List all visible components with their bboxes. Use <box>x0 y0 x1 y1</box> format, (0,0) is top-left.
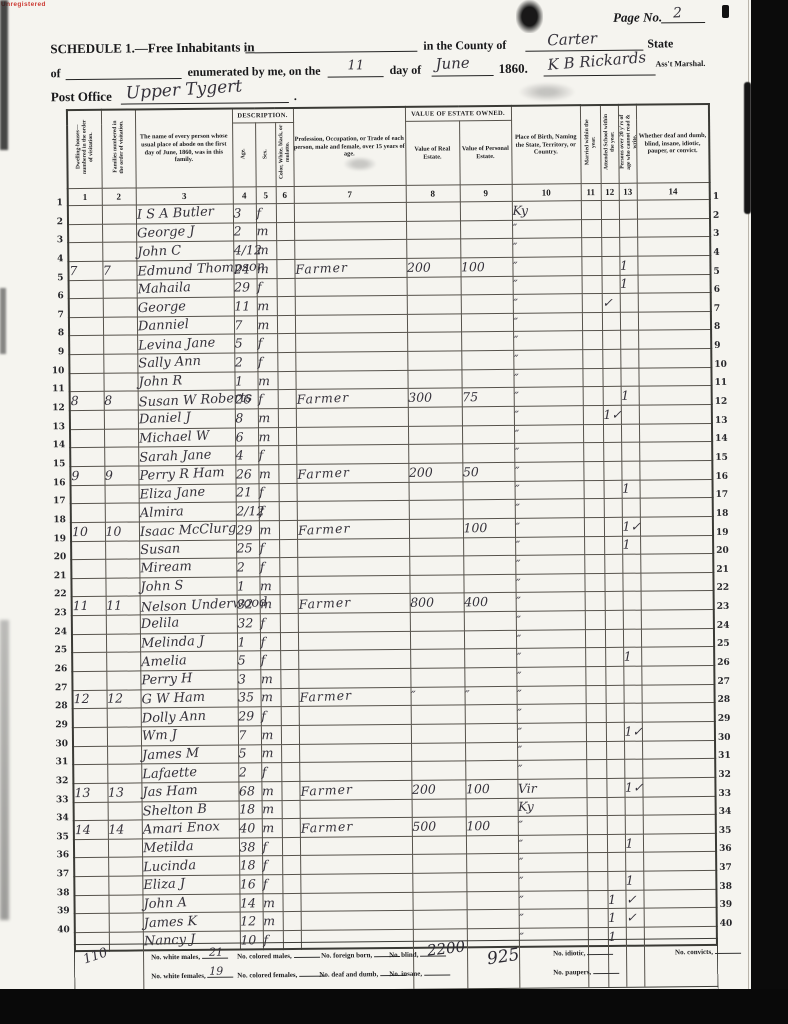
name: John A <box>142 894 239 914</box>
school-mark: 1✓ <box>603 405 621 424</box>
school-mark <box>603 461 621 480</box>
occupation: Farmer <box>296 463 408 483</box>
occupation <box>300 836 412 856</box>
real-estate-value: 200 <box>411 780 465 799</box>
illiterate-mark <box>622 554 640 573</box>
name: Jas Ham <box>141 782 238 802</box>
name: Michael W <box>138 428 235 448</box>
family-number <box>103 280 137 299</box>
margin-line-number: 19 <box>40 534 66 553</box>
dwelling-number <box>73 746 107 765</box>
illiterate-mark <box>623 592 641 611</box>
school-mark <box>605 666 623 685</box>
personal-estate-value: 75 <box>462 388 514 407</box>
remarks <box>639 460 712 479</box>
marshal-label: Ass't Marshal. <box>655 59 705 68</box>
dwelling-number <box>69 298 103 317</box>
sex: f <box>257 278 277 297</box>
margin-line-number: 10 <box>714 359 740 378</box>
married-mark <box>587 797 607 816</box>
remarks <box>640 572 713 591</box>
remarks <box>638 367 711 386</box>
married-mark <box>582 368 602 387</box>
margin-line-number: 39 <box>44 906 70 925</box>
occupation <box>297 482 409 502</box>
margin-line-number: 39 <box>720 900 746 919</box>
margin-line-number: 33 <box>718 788 744 807</box>
age: 5 <box>237 651 260 670</box>
illiterate-mark: 1 <box>620 275 638 294</box>
birthplace: ″ <box>513 275 582 294</box>
real-estate-value: 200 <box>406 258 460 277</box>
column-header-name: The name of every person whose usual pla… <box>135 109 233 188</box>
margin-line-number: 6 <box>38 291 64 310</box>
margin-line-number: 26 <box>41 664 67 683</box>
married-mark <box>586 704 606 723</box>
real-estate-value <box>410 631 464 650</box>
family-number <box>104 429 138 448</box>
school-mark <box>606 722 624 741</box>
name: G W Ham <box>140 689 237 709</box>
occupation <box>295 314 407 334</box>
name: Edmund Thompson <box>136 260 233 280</box>
color <box>279 520 297 539</box>
sex: f <box>259 558 279 577</box>
school-mark <box>606 778 624 797</box>
dwelling-number <box>69 373 103 392</box>
family-number <box>107 746 141 765</box>
page-no-label: Page No. <box>613 9 662 25</box>
school-mark <box>603 443 621 462</box>
married-mark <box>583 443 603 462</box>
occupation <box>295 333 407 353</box>
birthplace: ″ <box>513 331 582 350</box>
color <box>282 800 300 819</box>
school-mark <box>605 685 623 704</box>
illiterate-mark <box>620 331 638 350</box>
married-mark <box>588 909 608 928</box>
sex: m <box>257 371 277 390</box>
sex: m <box>262 819 282 838</box>
name: Susan W Roberts <box>138 390 235 410</box>
illiterate-mark <box>620 293 638 312</box>
school-mark <box>601 200 619 219</box>
real-estate-value <box>407 370 461 389</box>
remarks <box>641 665 714 684</box>
color <box>280 688 298 707</box>
name: Almira <box>139 502 236 522</box>
margin-line-number: 7 <box>38 310 64 329</box>
color <box>282 893 300 912</box>
name: George <box>137 297 234 317</box>
color <box>277 371 295 390</box>
personal-estate-value <box>461 332 513 351</box>
occupation: Farmer <box>298 594 410 614</box>
color <box>277 315 295 334</box>
remarks <box>639 386 712 405</box>
margin-line-number: 37 <box>719 863 745 882</box>
age: 2/12 <box>236 502 259 521</box>
real-estate-value <box>408 407 462 426</box>
margin-line-number: 3 <box>713 229 739 248</box>
illiterate-mark: 1 <box>619 256 637 275</box>
dwelling-number <box>74 858 108 877</box>
margin-line-number: 20 <box>716 546 742 565</box>
margin-line-number: 15 <box>39 459 65 478</box>
personal-estate-value <box>466 872 518 891</box>
age: 2 <box>234 353 257 372</box>
dwelling-number <box>72 671 106 690</box>
personal-estate-value <box>464 630 516 649</box>
sex: m <box>261 726 281 745</box>
occupation <box>294 221 406 241</box>
county-label: in the County of <box>423 38 506 54</box>
remarks <box>642 777 715 796</box>
color <box>279 576 297 595</box>
dwelling-number <box>71 559 105 578</box>
birthplace: Vir <box>517 779 586 798</box>
real-estate-value <box>409 481 463 500</box>
color <box>281 744 299 763</box>
school-mark <box>604 536 622 555</box>
occupation <box>300 873 412 893</box>
margin-line-number: 18 <box>40 515 66 534</box>
dwelling-number: 13 <box>73 783 107 802</box>
family-number <box>104 410 138 429</box>
occupation <box>296 445 408 465</box>
family-number <box>103 335 137 354</box>
occupation <box>296 407 408 427</box>
age: 7 <box>234 316 257 335</box>
illiterate-mark: 1 <box>622 480 640 499</box>
age: 6 <box>235 427 258 446</box>
color <box>280 595 298 614</box>
footer-label: No. insane, <box>389 967 450 978</box>
remarks <box>643 852 716 871</box>
name: Wm J <box>141 726 238 746</box>
color <box>276 203 294 222</box>
school-mark <box>605 629 623 648</box>
remarks <box>640 498 713 517</box>
sex: m <box>257 297 277 316</box>
married-mark <box>585 666 605 685</box>
county-value: Carter <box>547 29 597 49</box>
illiterate-mark: 1✓ <box>622 517 640 536</box>
age: 26 <box>235 465 258 484</box>
name: Shelton B <box>142 801 239 821</box>
married-mark <box>582 294 602 313</box>
sex: m <box>262 893 282 912</box>
sex: m <box>260 688 280 707</box>
age: 8 <box>235 409 258 428</box>
color <box>280 669 298 688</box>
sex: f <box>259 483 279 502</box>
footer-value: 19 <box>209 965 223 978</box>
illiterate-mark: 1✓ <box>624 778 642 797</box>
margin-line-number: 31 <box>718 751 744 770</box>
name: George J <box>136 223 233 243</box>
age: 2 <box>238 763 261 782</box>
name: Amari Enox <box>142 819 239 839</box>
birthplace: ″ <box>518 890 587 909</box>
age: 1 <box>237 633 260 652</box>
school-mark <box>607 834 625 853</box>
married-mark <box>587 816 607 835</box>
age: 40 <box>239 819 262 838</box>
real-estate-value: 500 <box>412 817 466 836</box>
age: 4/12 <box>233 241 256 260</box>
married-mark <box>581 238 601 257</box>
family-number: 8 <box>104 391 138 410</box>
dwelling-number <box>75 914 109 933</box>
occupation <box>298 612 410 632</box>
name: James M <box>141 745 238 765</box>
birthplace: ″ <box>516 648 585 667</box>
personal-estate-value <box>461 295 513 314</box>
column-header-age: Age. <box>232 123 256 187</box>
margin-line-number: 19 <box>716 527 742 546</box>
color <box>279 483 297 502</box>
personal-estate-value <box>462 444 514 463</box>
married-mark <box>584 536 604 555</box>
married-mark <box>586 741 606 760</box>
school-mark <box>607 815 625 834</box>
occupation <box>296 426 408 446</box>
family-number: 7 <box>102 261 136 280</box>
dwelling-number <box>68 243 102 262</box>
real-estate-value <box>412 836 466 855</box>
name: Melinda J <box>140 633 237 653</box>
color <box>281 781 299 800</box>
dwelling-number <box>72 615 106 634</box>
occupation <box>294 202 406 222</box>
real-estate-value <box>409 500 463 519</box>
family-number <box>106 615 140 634</box>
married-mark <box>587 890 607 909</box>
margin-line-number: 33 <box>43 795 69 814</box>
married-mark <box>583 387 603 406</box>
age: 3 <box>233 204 256 223</box>
post-office-label: Post Office <box>51 89 112 106</box>
birthplace: ″ <box>515 499 584 518</box>
married-mark <box>587 853 607 872</box>
birthplace: ″ <box>519 909 588 928</box>
birthplace: ″ <box>513 313 582 332</box>
family-number <box>104 447 138 466</box>
margin-line-number: 21 <box>716 564 742 583</box>
sex: f <box>260 614 280 633</box>
family-number <box>105 485 139 504</box>
name: Metilda <box>142 838 239 858</box>
age: 2 <box>233 222 256 241</box>
age: 5 <box>238 744 261 763</box>
margin-line-number: 26 <box>717 658 743 677</box>
school-mark <box>602 312 620 331</box>
dwelling-number: 8 <box>70 392 104 411</box>
married-mark <box>586 722 606 741</box>
margin-line-number: 5 <box>713 266 739 285</box>
blank-line <box>245 40 417 54</box>
real-estate-value <box>407 295 461 314</box>
sex: m <box>258 409 278 428</box>
margin-line-number: 3 <box>37 235 63 254</box>
illiterate-mark <box>623 629 641 648</box>
school-mark <box>606 704 624 723</box>
personal-estate-value <box>463 481 515 500</box>
occupation: Farmer <box>300 817 412 837</box>
real-estate-value <box>406 220 460 239</box>
personal-estate-value <box>467 910 519 929</box>
dwelling-number <box>69 336 103 355</box>
school-mark <box>601 219 619 238</box>
margin-line-number: 37 <box>43 869 69 888</box>
color <box>276 241 294 260</box>
margin-line-number: 18 <box>716 509 742 528</box>
dwelling-number <box>70 429 104 448</box>
school-mark <box>607 797 625 816</box>
color <box>277 334 295 353</box>
occupation: Farmer <box>294 258 406 278</box>
color <box>277 353 295 372</box>
birthplace: ″ <box>514 424 583 443</box>
remarks <box>641 684 714 703</box>
dwelling-number <box>72 653 106 672</box>
margin-line-number: 28 <box>42 701 68 720</box>
married-mark <box>584 480 604 499</box>
remarks <box>640 554 713 573</box>
dwelling-number <box>69 317 103 336</box>
sex: f <box>262 875 282 894</box>
name: Daniel J <box>138 409 235 429</box>
census-page: Page No. 2 SCHEDULE 1.—Free Inhabitants … <box>0 0 788 1024</box>
group-header-estate: VALUE OF ESTATE OWNED. <box>405 106 511 122</box>
color <box>279 539 297 558</box>
school-mark <box>602 275 620 294</box>
column-header-real-estate: Value of Real Estate. <box>405 121 460 186</box>
margin-line-number: 34 <box>719 807 745 826</box>
occupation <box>295 277 407 297</box>
personal-estate-value: 100 <box>465 779 517 798</box>
margin-line-number: 9 <box>714 341 740 360</box>
personal-estate-value <box>460 220 512 239</box>
left-row-numbers: 1234567891011121314151617181920212223242… <box>37 198 70 944</box>
census-table: Dwelling-houses— numbered in the order o… <box>66 103 718 952</box>
dwelling-number: 9 <box>70 466 104 485</box>
occupation <box>300 799 412 819</box>
margin-line-number: 21 <box>40 571 66 590</box>
married-mark <box>584 555 604 574</box>
school-mark <box>602 331 620 350</box>
real-estate-value <box>412 854 466 873</box>
margin-line-number: 30 <box>718 732 744 751</box>
family-number: 12 <box>106 690 140 709</box>
sex: f <box>257 353 277 372</box>
school-mark <box>602 368 620 387</box>
margin-line-number: 28 <box>718 695 744 714</box>
married-mark <box>582 350 602 369</box>
footer-divider <box>143 944 144 991</box>
sex: f <box>261 763 281 782</box>
married-mark <box>583 406 603 425</box>
birthplace: ″ <box>515 555 584 574</box>
sex: f <box>260 651 280 670</box>
state-label: State <box>647 36 673 51</box>
margin-line-number: 4 <box>37 254 63 273</box>
family-number <box>108 839 142 858</box>
column-header-birthplace: Place of Birth, Naming the State, Territ… <box>511 105 581 184</box>
family-number <box>105 540 139 559</box>
birthplace: ″ <box>515 480 584 499</box>
illiterate-mark <box>621 461 639 480</box>
name: Isaac McClurg <box>139 521 236 541</box>
family-number: 10 <box>105 522 139 541</box>
sex: m <box>259 576 279 595</box>
remarks <box>638 311 711 330</box>
occupation <box>298 650 410 670</box>
sex: m <box>257 315 277 334</box>
family-number <box>102 242 136 261</box>
real-estate-value <box>406 202 460 221</box>
sex: f <box>258 446 278 465</box>
age: 18 <box>239 800 262 819</box>
personal-estate-value <box>460 239 512 258</box>
age: 12 <box>240 912 263 931</box>
family-number <box>107 708 141 727</box>
margin-line-number: 25 <box>41 646 67 665</box>
married-mark <box>581 256 601 275</box>
color <box>277 278 295 297</box>
remarks <box>644 908 717 927</box>
remarks <box>638 349 711 368</box>
remarks <box>637 255 710 274</box>
illiterate-mark <box>623 666 641 685</box>
name: Mahaila <box>137 279 234 299</box>
school-mark: ✓ <box>602 294 620 313</box>
right-row-numbers: 1234567891011121314151617181920212223242… <box>713 192 746 938</box>
school-mark: 1 <box>608 909 626 928</box>
name: Amelia <box>140 651 237 671</box>
dwelling-number <box>70 410 104 429</box>
birthplace: ″ <box>513 294 582 313</box>
remarks <box>641 628 714 647</box>
real-estate-value <box>412 873 466 892</box>
age: 3 <box>237 670 260 689</box>
year-label: 1860. <box>498 61 527 77</box>
margin-line-number: 17 <box>716 490 742 509</box>
birthplace: ″ <box>516 685 585 704</box>
name: John R <box>137 372 234 392</box>
illiterate-mark <box>624 703 642 722</box>
school-mark <box>606 741 624 760</box>
occupation <box>297 538 409 558</box>
school-mark <box>603 387 621 406</box>
color <box>280 632 298 651</box>
age: 1 <box>234 372 257 391</box>
illiterate-mark <box>623 685 641 704</box>
married-mark <box>583 424 603 443</box>
color <box>280 614 298 633</box>
real-estate-value: 300 <box>408 388 462 407</box>
real-estate-value: ″ <box>410 686 464 705</box>
remarks <box>642 703 715 722</box>
personal-estate-value <box>466 854 518 873</box>
personal-estate-value: 400 <box>464 593 516 612</box>
school-mark <box>601 238 619 257</box>
illiterate-mark <box>624 759 642 778</box>
sex: m <box>256 222 276 241</box>
married-mark <box>582 331 602 350</box>
birthplace: ″ <box>517 760 586 779</box>
